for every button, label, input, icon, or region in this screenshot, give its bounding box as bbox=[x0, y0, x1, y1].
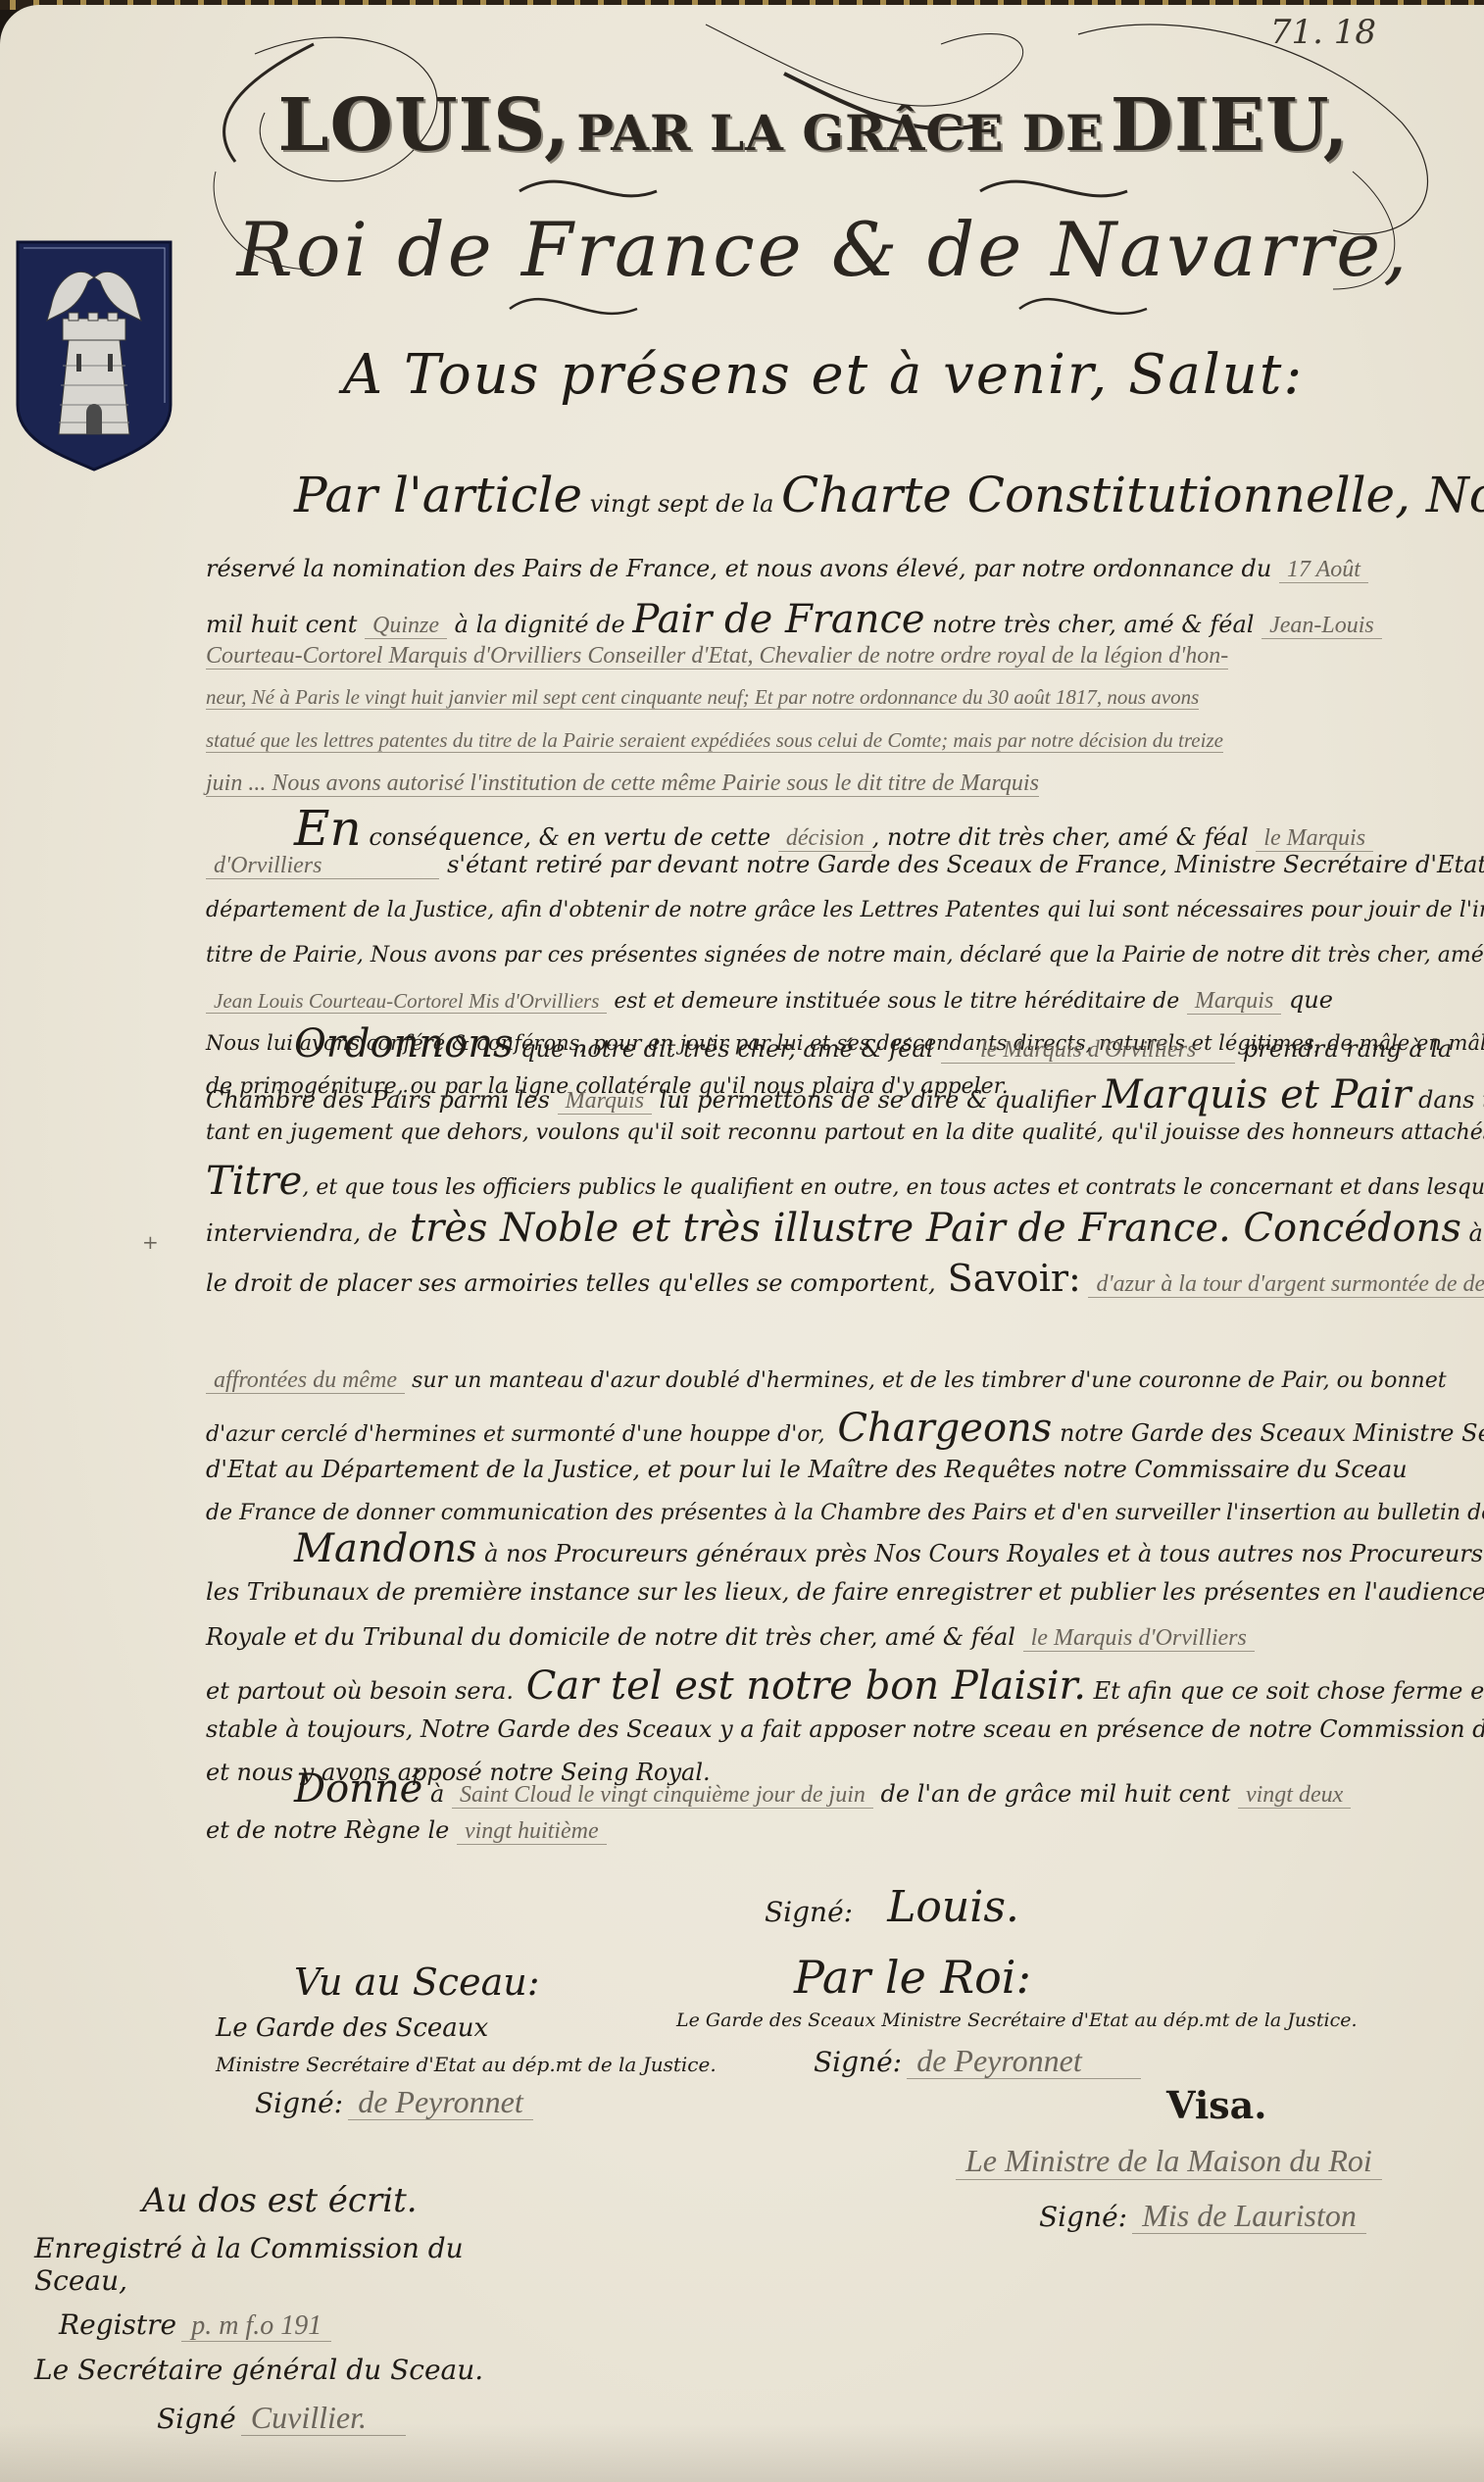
handwritten-blazon: d'azur à la tour d'argent surmontée de d… bbox=[1088, 1271, 1484, 1298]
block-heading: Par le Roi: bbox=[794, 1951, 1460, 2004]
text: titre de Pairie, Nous avons par ces prés… bbox=[206, 943, 1484, 968]
text: notre très cher, amé & féal bbox=[925, 611, 1255, 638]
office-line: Le Ministre de la Maison du Roi bbox=[956, 2143, 1382, 2180]
office-line: Ministre Secrétaire d'Etat au dép.mt de … bbox=[216, 2053, 706, 2076]
text: notre Garde des Sceaux Ministre Secrétai… bbox=[1052, 1419, 1484, 1447]
handwritten-name: le Marquis d'Orvilliers bbox=[1023, 1625, 1255, 1652]
emph: Nous bbox=[1410, 467, 1484, 523]
office-line: Le Garde des Sceaux Ministre Secrétaire … bbox=[676, 2010, 1460, 2031]
signatory-name: Cuvillier. bbox=[241, 2400, 406, 2436]
text: que notre dit très cher, amé & féal bbox=[514, 1035, 934, 1063]
text: à la dignité de bbox=[447, 611, 632, 638]
handwritten-text: Courteau-Cortorel Marquis d'Orvilliers C… bbox=[206, 643, 1228, 670]
text: interviendra, de bbox=[206, 1219, 397, 1247]
text: mil huit cent bbox=[206, 611, 357, 638]
handwritten-reign-year: vingt huitième bbox=[457, 1818, 607, 1845]
registre-value: p. m f.o 191 bbox=[181, 2310, 331, 2342]
signed-label: Signé: bbox=[814, 2046, 902, 2078]
text: d'Etat au Département de la Justice, et … bbox=[206, 1456, 1408, 1483]
signed-label: Signé: bbox=[1039, 2201, 1127, 2233]
emph: Chargeons bbox=[825, 1406, 1053, 1451]
block-heading: Visa. bbox=[1166, 2083, 1465, 2127]
handwritten-text: statué que les lettres patentes du titre… bbox=[206, 728, 1223, 753]
office-line: Le Secrétaire général du Sceau. bbox=[34, 2354, 524, 2386]
handwritten-name: Jean Louis Courteau-Cortorel Mis d'Orvil… bbox=[206, 989, 607, 1014]
margin-mark: + bbox=[142, 1230, 159, 1254]
handwritten-text: le Marquis bbox=[1256, 825, 1373, 852]
handwritten-text: juin ... Nous avons autorisé l'instituti… bbox=[206, 770, 1039, 797]
lead-word: Mandons bbox=[294, 1526, 477, 1571]
vu-au-sceau-block: Vu au Sceau: Le Garde des Sceaux Ministr… bbox=[216, 1961, 706, 2120]
emph: Concédons bbox=[1231, 1206, 1461, 1251]
royal-title: Roi de France & de Navarre, bbox=[235, 206, 1411, 293]
registre-label: Registre bbox=[59, 2308, 176, 2341]
text: le droit de placer ses armoiries telles … bbox=[206, 1269, 936, 1297]
signed-label: Signé: bbox=[765, 1896, 853, 1928]
lead-word: Ordonnons bbox=[294, 1021, 514, 1067]
title-louis: LOUIS, bbox=[278, 83, 570, 168]
handwritten-year: vingt deux bbox=[1238, 1782, 1351, 1809]
handwritten-text: décision bbox=[778, 825, 872, 852]
text: sur un manteau d'azur doublé d'hermines,… bbox=[405, 1368, 1447, 1393]
text: , et que tous les officiers publics le q… bbox=[302, 1175, 1484, 1200]
text: Chambre des Pairs parmi les bbox=[206, 1086, 550, 1114]
signed-label: Signé: bbox=[255, 2087, 343, 2119]
coat-of-arms-icon bbox=[14, 238, 174, 473]
text: département de la Justice, afin d'obteni… bbox=[206, 898, 1484, 922]
title-grace: PAR LA GRÂCE DE bbox=[576, 104, 1104, 162]
text: conséquence, & en vertu de cette bbox=[362, 823, 770, 851]
text: et partout où besoin sera. bbox=[206, 1677, 514, 1705]
text: Royale et du Tribunal du domicile de not… bbox=[206, 1623, 1015, 1651]
handwritten-year: Quinze bbox=[365, 613, 447, 639]
signatory-name: Mis de Lauriston bbox=[1132, 2198, 1366, 2234]
king-signature: Signé: Louis. bbox=[765, 1882, 1019, 1932]
lead-word: Par l'article bbox=[294, 467, 582, 523]
text: dans tous actes et contrats, bbox=[1410, 1086, 1484, 1114]
document-page: 71. 18 LOUIS, PAR LA GRÂCE DE DIEU, Roi … bbox=[0, 5, 1484, 2482]
par-le-roi-block: Par le Roi: Le Garde des Sceaux Ministre… bbox=[676, 1951, 1460, 2079]
block-heading: Au dos est écrit. bbox=[142, 2181, 524, 2220]
block-heading: Vu au Sceau: bbox=[294, 1961, 706, 2004]
handwritten-title: Marquis bbox=[1187, 988, 1281, 1015]
text: à bbox=[422, 1780, 444, 1808]
text: stable à toujours, Notre Garde des Sceau… bbox=[206, 1715, 1484, 1743]
text: à lui et à ses successeurs bbox=[1461, 1219, 1484, 1247]
visa-block: Visa. Le Ministre de la Maison du Roi Si… bbox=[828, 2083, 1465, 2234]
title-dieu: DIEU, bbox=[1111, 83, 1350, 168]
handwritten-name: d'Orvilliers bbox=[206, 853, 439, 879]
handwritten-date: 17 Août bbox=[1279, 557, 1368, 583]
text: les Tribunaux de première instance sur l… bbox=[206, 1578, 1484, 1606]
emph: Pair de France bbox=[632, 597, 924, 642]
document-title: LOUIS, PAR LA GRÂCE DE DIEU, bbox=[274, 83, 1353, 168]
text: est et demeure instituée sous le titre h… bbox=[607, 989, 1179, 1014]
text: vingt sept de la bbox=[582, 490, 781, 518]
emph: très Noble et très illustre Pair de Fran… bbox=[397, 1206, 1230, 1251]
handwritten-title: Marquis bbox=[558, 1088, 652, 1115]
text: à nos Procureurs généraux près Nos Cours… bbox=[477, 1540, 1484, 1567]
office-line: Le Garde des Sceaux bbox=[216, 2013, 706, 2043]
text: lui permettons de se dire & qualifier bbox=[652, 1086, 1095, 1114]
text: s'étant retiré par devant notre Garde de… bbox=[439, 851, 1484, 878]
salutation: A Tous présens et à venir, Salut: bbox=[235, 343, 1411, 407]
text: que bbox=[1281, 986, 1333, 1014]
text: de France de donner communication des pr… bbox=[206, 1501, 1484, 1525]
text: tant en jugement que dehors, voulons qu'… bbox=[206, 1120, 1484, 1145]
handwritten-text: neur, Né à Paris le vingt huit janvier m… bbox=[206, 685, 1199, 710]
text: réservé la nomination des Pairs de Franc… bbox=[206, 555, 1271, 582]
lead-word: En bbox=[294, 800, 362, 857]
emph: Car tel est notre bon Plaisir. bbox=[514, 1663, 1086, 1709]
handwritten-blazon: affrontées du même bbox=[206, 1367, 405, 1394]
emph: Titre bbox=[206, 1159, 302, 1204]
text: et de notre Règne le bbox=[206, 1816, 449, 1844]
lead-word: Donné bbox=[294, 1766, 422, 1812]
office-line: Enregistré à la Commission du Sceau, bbox=[34, 2232, 524, 2297]
signatory-name: de Peyronnet bbox=[348, 2084, 533, 2120]
handwritten-name: Jean-Louis bbox=[1261, 613, 1382, 639]
emph: Savoir: bbox=[936, 1257, 1081, 1300]
signed-label: Signé bbox=[157, 2403, 236, 2435]
text: de l'an de grâce mil huit cent bbox=[873, 1780, 1230, 1808]
king-name: Louis. bbox=[887, 1882, 1019, 1932]
signatory-name: de Peyronnet bbox=[907, 2043, 1141, 2079]
text: d'azur cerclé d'hermines et surmonté d'u… bbox=[206, 1422, 825, 1447]
emph: Charte Constitutionnelle, bbox=[781, 467, 1410, 523]
emph: Marquis et Pair bbox=[1103, 1072, 1411, 1117]
text: prendra rang à la bbox=[1235, 1035, 1452, 1063]
handwritten-name: le Marquis d'Orvilliers bbox=[941, 1037, 1235, 1064]
text: , notre dit très cher, amé & féal bbox=[872, 823, 1249, 851]
text: Et afin que ce soit chose ferme et bbox=[1086, 1677, 1484, 1705]
endorsement-block: Au dos est écrit. Enregistré à la Commis… bbox=[34, 2181, 524, 2436]
handwritten-date: Saint Cloud le vingt cinquième jour de j… bbox=[452, 1782, 873, 1809]
